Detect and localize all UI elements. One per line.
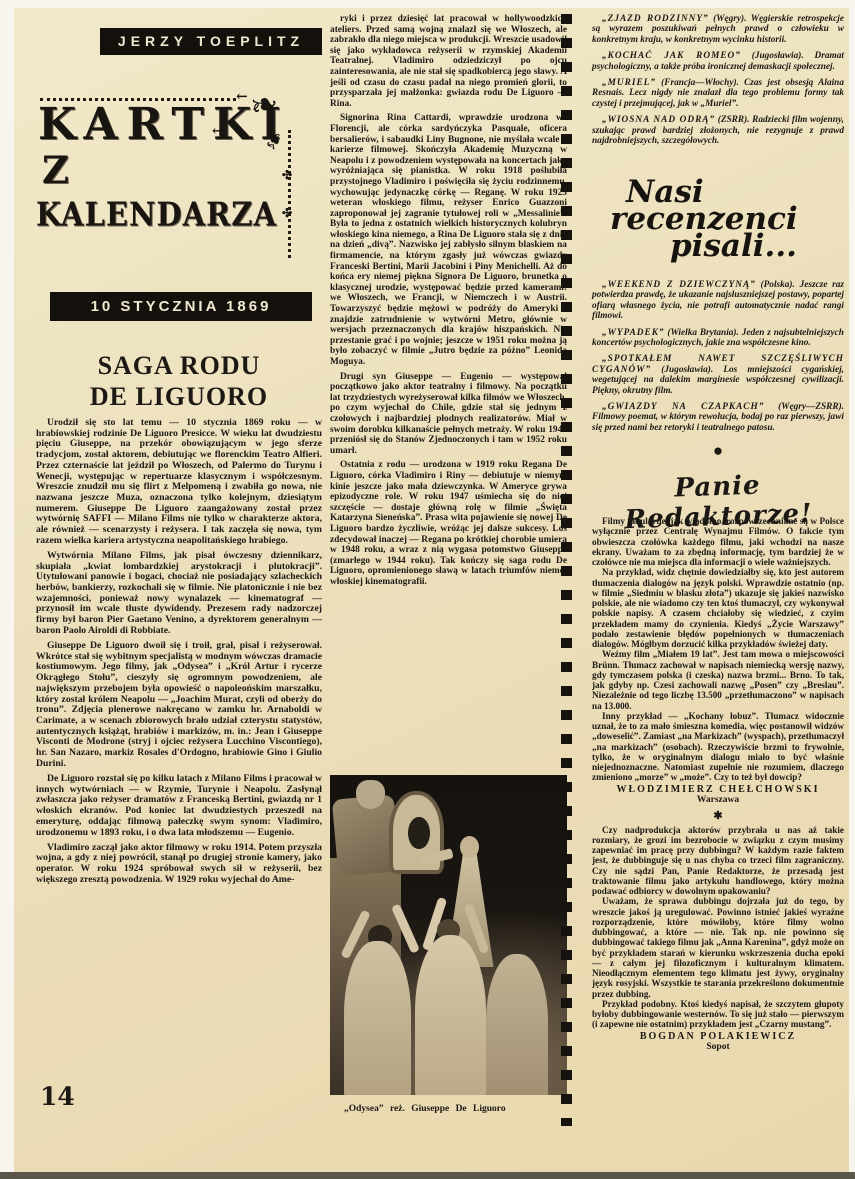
- letter-paragraph: Czy nadprodukcja aktorów przybrała u nas…: [592, 825, 844, 897]
- filmstrip-separator: [561, 14, 572, 1126]
- article-title-line1: SAGA RODU: [36, 350, 322, 381]
- photo-caption: „Odysea” reż. Giuseppe De Liguoro: [344, 1104, 567, 1114]
- review-item: „ZJAZD RODZINNY” (Węgry). Węgierskie ret…: [592, 14, 844, 45]
- review-item: „WIOSNA NAD ODRĄ” (ZSRR). Radziecki film…: [592, 115, 844, 146]
- series-title-line: Z: [36, 148, 322, 192]
- scan-edge: [0, 1172, 855, 1179]
- review-origin: (Jugosławia).: [661, 365, 713, 375]
- review-title: „MURIEL”: [602, 78, 656, 88]
- section-divider-dot: ●: [592, 442, 844, 459]
- review-origin: (Wielka Brytania).: [667, 328, 738, 338]
- review-item: „MURIEL” (Francja—Włochy). Czas jest obs…: [592, 78, 844, 109]
- article-title-line2: DE LIGUORO: [36, 381, 322, 412]
- series-title-line: KALENDARZA: [36, 192, 322, 237]
- photo-shape: [408, 817, 429, 849]
- arrow-ornament-icon: ←: [212, 124, 223, 139]
- review-title: „GWIAZDY NA CZAPKACH”: [602, 402, 764, 412]
- photo-shape: [415, 935, 486, 1095]
- review-origin: (ZSRR).: [718, 115, 750, 125]
- film-still-photo: [330, 775, 567, 1095]
- article-title: SAGA RODU DE LIGUORO: [36, 350, 322, 412]
- article-paragraph: Ostatnia z rodu — urodzona w 1919 roku R…: [330, 460, 567, 587]
- letter-signature-city: Sopot: [592, 1042, 844, 1052]
- magazine-page: JERZY TOEPLITZ ← ← ❧ ☙ ✣ ✣ KARTKI Z KALE…: [14, 8, 849, 1172]
- letter-paragraph: Uważam, że sprawa dubbingu dojrzała już …: [592, 896, 844, 999]
- author-banner: JERZY TOEPLITZ: [100, 28, 322, 55]
- reviews-list-top: „ZJAZD RODZINNY” (Węgry). Węgierskie ret…: [592, 14, 844, 152]
- letter-paragraph: Filmy fabularne, jak wiadomo, rozpowszec…: [592, 516, 844, 567]
- review-origin: (Francja—Włochy).: [661, 78, 739, 88]
- page-number: 14: [40, 1082, 75, 1111]
- letter-paragraph: Na przykład, widz chętnie dowiedziałby s…: [592, 567, 844, 649]
- review-title: „ZJAZD RODZINNY”: [602, 14, 709, 24]
- asterisk-divider-icon: ✱: [592, 809, 844, 822]
- article-paragraph: ryki i przez dziesięć lat pracował w hol…: [330, 14, 567, 109]
- reviews-heading-line: pisali...: [592, 233, 844, 260]
- dotted-ornament-line: [40, 98, 236, 101]
- photo-shape: [356, 780, 384, 809]
- review-title: „WEEKEND Z DZIEWCZYNĄ”: [602, 280, 756, 290]
- letter-paragraph: Weźmy film „Miałem 19 lat”. Jest tam mow…: [592, 649, 844, 711]
- article-paragraph: De Liguoro rozstał się po kilku latach z…: [36, 774, 322, 838]
- letter-signature-city: Warszawa: [592, 795, 844, 805]
- letter-signature: WŁODZIMIERZ CHEŁCHOWSKI: [592, 784, 844, 795]
- letter-signature: BOGDAN POLAKIEWICZ: [592, 1031, 844, 1042]
- article-paragraph: Vladimiro zaczął jako aktor filmowy w ro…: [36, 843, 322, 886]
- article-column-2: ryki i przez dziesięć lat pracował w hol…: [330, 14, 567, 769]
- article-paragraph: Wytwórnia Milano Films, jak pisał ówczes…: [36, 551, 322, 637]
- cross-ornament-icon: ✣: [282, 168, 292, 182]
- letter-paragraph: Inny przykład — „Kochany łobuz”. Tłumacz…: [592, 711, 844, 783]
- article-paragraph: Giuseppe De Liguoro dwoił się i troił, g…: [36, 641, 322, 769]
- review-text: Filmowy poemat, w którym rewolucja, boda…: [592, 412, 844, 432]
- series-logo: ← ← ❧ ☙ ✣ ✣ KARTKI Z KALENDARZA: [36, 102, 322, 282]
- review-item: „WYPADEK” (Wielka Brytania). Jeden z naj…: [592, 328, 844, 349]
- article-paragraph: Signorina Rina Cattardi, wprawdzie urodz…: [330, 113, 567, 367]
- review-origin: (Węgry).: [713, 14, 746, 24]
- photo-shape: [344, 941, 410, 1095]
- review-item: „KOCHAĆ JAK ROMEO” (Jugosławia). Dramat …: [592, 51, 844, 72]
- review-item: „GWIAZDY NA CZAPKACH” (Węgry—ZSRR). Film…: [592, 402, 844, 433]
- left-column: JERZY TOEPLITZ ← ← ❧ ☙ ✣ ✣ KARTKI Z KALE…: [36, 20, 322, 1160]
- article-paragraph: Drugi syn Giuseppe — Eugenio — występowa…: [330, 372, 567, 457]
- review-origin: (Jugosławia).: [752, 51, 804, 61]
- reviews-list-bottom: „WEEKEND Z DZIEWCZYNĄ” (Polska). Jeszcze…: [592, 280, 844, 439]
- date-banner: 10 STYCZNIA 1869: [50, 292, 312, 321]
- letter-paragraph: Przykład podobny. Ktoś kiedyś napisał, ż…: [592, 999, 844, 1030]
- reviews-section-heading: Nasi recenzenci pisali...: [592, 179, 844, 260]
- photo-shape: [486, 954, 548, 1095]
- letters-to-editor: Filmy fabularne, jak wiadomo, rozpowszec…: [592, 516, 844, 1156]
- article-column-1: Urodził się sto lat temu — 10 stycznia 1…: [36, 418, 322, 1082]
- review-title: „KOCHAĆ JAK ROMEO”: [602, 51, 741, 61]
- right-column: „ZJAZD RODZINNY” (Węgry). Węgierskie ret…: [592, 14, 844, 1164]
- magazine-scan: { "colors": { "paper": "#ecdfbb", "ink":…: [0, 0, 855, 1179]
- review-origin: (Węgry—ZSRR).: [778, 402, 844, 412]
- review-origin: (Polska).: [761, 280, 795, 290]
- review-item: „WEEKEND Z DZIEWCZYNĄ” (Polska). Jeszcze…: [592, 280, 844, 322]
- review-title: „WYPADEK”: [602, 328, 665, 338]
- review-item: „SPOTKAŁEM NAWET SZCZĘŚLIWYCH CYGANÓW” (…: [592, 354, 844, 396]
- article-paragraph: Urodził się sto lat temu — 10 stycznia 1…: [36, 418, 322, 546]
- review-title: „WIOSNA NAD ODRĄ”: [602, 115, 715, 125]
